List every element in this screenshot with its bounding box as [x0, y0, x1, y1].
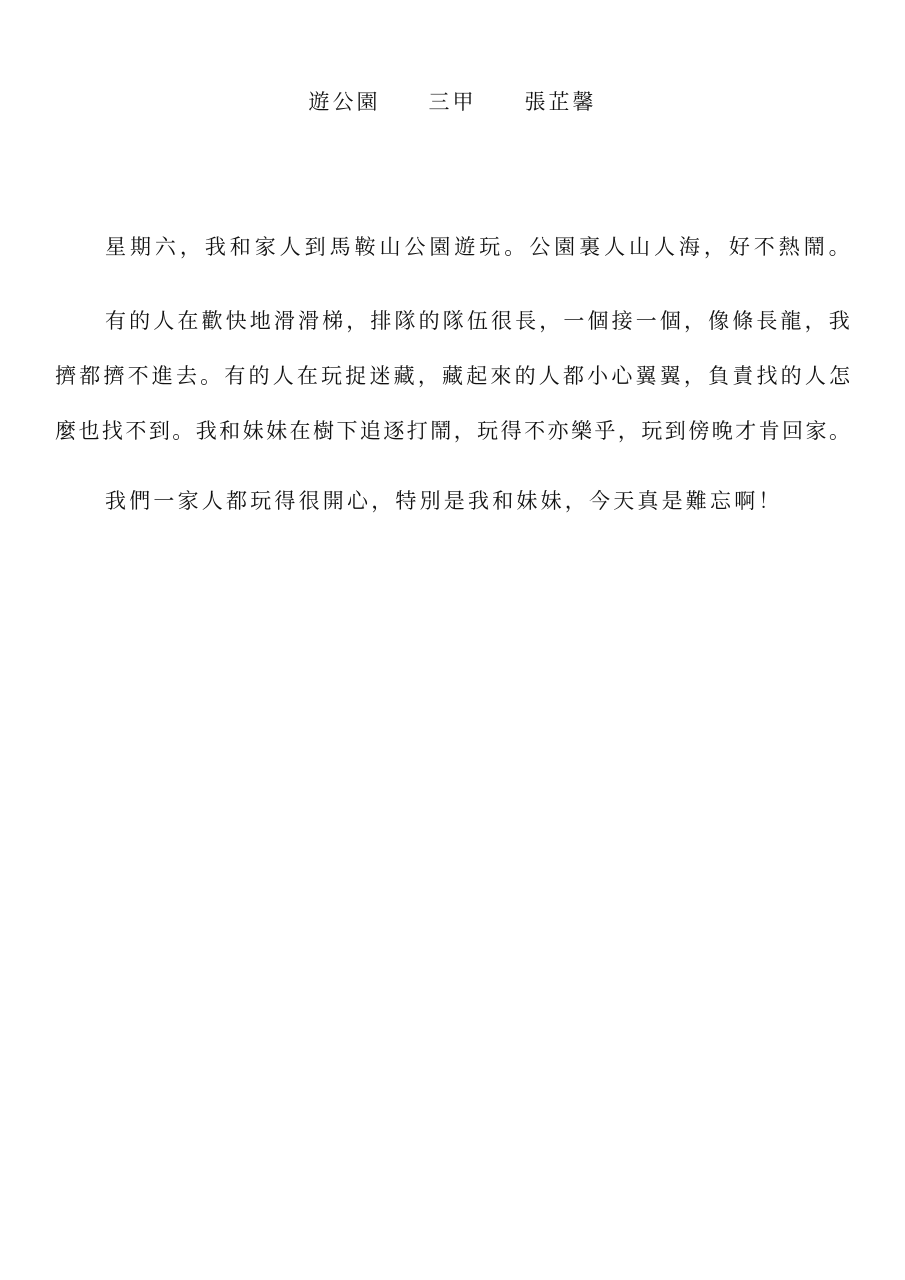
text-glyph: 都 [563, 361, 584, 391]
text-glyph: 滑 [298, 306, 319, 336]
text-glyph: 馬 [330, 232, 351, 262]
text-glyph: 人 [604, 232, 625, 262]
text-glyph: 家 [255, 232, 276, 262]
text-glyph: 我 [196, 416, 217, 446]
text-glyph: 人 [153, 306, 174, 336]
text-glyph: 山 [379, 232, 400, 262]
text-glyph: ， [684, 361, 705, 391]
text-glyph: 的 [249, 361, 270, 391]
text-glyph: 期 [130, 232, 151, 262]
text-glyph: 亦 [548, 416, 569, 446]
essay-title-line: 遊公園 三甲 張芷馨 [0, 86, 905, 116]
text-glyph: 玩 [479, 232, 500, 262]
text-glyph: 我 [829, 306, 850, 336]
paragraph-1-line-1: 星期六，我和家人到馬鞍山公園遊玩。公園裏人山人海，好不熱鬧。 [105, 232, 850, 262]
text-glyph: 小 [587, 361, 608, 391]
text-glyph: 和 [219, 416, 240, 446]
text-glyph: ， [618, 416, 639, 446]
text-glyph: 。 [504, 232, 525, 262]
text-glyph: 我 [205, 232, 226, 262]
text-glyph: 進 [152, 361, 173, 391]
text-glyph: 人 [805, 361, 826, 391]
text-glyph: 負 [708, 361, 729, 391]
text-glyph: 晚 [712, 416, 733, 446]
text-glyph: 有 [105, 306, 126, 336]
text-glyph: 麼 [55, 416, 76, 446]
text-glyph: 很 [491, 306, 512, 336]
text-glyph: 擠 [103, 361, 124, 391]
paragraph-2-line-2: 擠都擠不進去。有的人在玩捉迷藏，藏起來的人都小心翼翼，負責找的人怎 [55, 361, 850, 391]
text-glyph: 藏 [394, 361, 415, 391]
text-glyph: 翼 [660, 361, 681, 391]
text-glyph: 和 [230, 232, 251, 262]
text-glyph: 伍 [467, 306, 488, 336]
text-glyph: 六 [155, 232, 176, 262]
text-glyph: 歡 [202, 306, 223, 336]
text-glyph: 回 [782, 416, 803, 446]
text-glyph: 個 [660, 306, 681, 336]
text-glyph: ， [704, 232, 725, 262]
text-glyph: 樂 [571, 416, 592, 446]
text-glyph: 玩 [477, 416, 498, 446]
text-glyph: 排 [370, 306, 391, 336]
text-glyph: ， [684, 306, 705, 336]
text-glyph: ， [418, 361, 439, 391]
text-glyph: 妹 [266, 416, 287, 446]
document-page: 遊公園 三甲 張芷馨 星期六，我和家人到馬鞍山公園遊玩。公園裏人山人海，好不熱鬧… [0, 0, 905, 1280]
text-glyph: 滑 [274, 306, 295, 336]
text-glyph: 都 [79, 361, 100, 391]
text-glyph: 海 [679, 232, 700, 262]
text-glyph: 來 [490, 361, 511, 391]
text-glyph: 翼 [636, 361, 657, 391]
text-glyph: ， [180, 232, 201, 262]
essay-title: 遊公園 [309, 86, 381, 116]
student-name: 張芷馨 [525, 86, 597, 116]
text-glyph: 肯 [759, 416, 780, 446]
text-glyph: 藏 [442, 361, 463, 391]
text-glyph: 人 [280, 232, 301, 262]
text-glyph: 像 [708, 306, 729, 336]
text-glyph: 好 [729, 232, 750, 262]
text-glyph: 去 [176, 361, 197, 391]
text-glyph: 公 [529, 232, 550, 262]
text-glyph: 不 [125, 416, 146, 446]
text-glyph: 逐 [383, 416, 404, 446]
text-glyph: 園 [429, 232, 450, 262]
text-glyph: 打 [407, 416, 428, 446]
text-glyph: 在 [177, 306, 198, 336]
text-glyph: 也 [78, 416, 99, 446]
text-glyph: 星 [105, 232, 126, 262]
text-glyph: 人 [273, 361, 294, 391]
text-glyph: 。 [829, 232, 850, 262]
text-glyph: 一 [563, 306, 584, 336]
text-glyph: 得 [501, 416, 522, 446]
text-glyph: 責 [732, 361, 753, 391]
text-glyph: 快 [226, 306, 247, 336]
text-glyph: 到 [149, 416, 170, 446]
text-glyph: 怎 [829, 361, 850, 391]
text-glyph: 鬧 [430, 416, 451, 446]
text-glyph: 找 [102, 416, 123, 446]
text-glyph: 山 [629, 232, 650, 262]
text-glyph: 。 [200, 361, 221, 391]
text-glyph: 在 [290, 416, 311, 446]
text-glyph: 在 [297, 361, 318, 391]
text-glyph: 裏 [579, 232, 600, 262]
text-glyph: 心 [611, 361, 632, 391]
text-glyph: 園 [554, 232, 575, 262]
text-glyph: 人 [539, 361, 560, 391]
text-glyph: 起 [466, 361, 487, 391]
text-glyph: 隊 [395, 306, 416, 336]
text-glyph: 條 [732, 306, 753, 336]
text-glyph: 不 [754, 232, 775, 262]
text-glyph: 遊 [454, 232, 475, 262]
text-glyph: 的 [419, 306, 440, 336]
text-glyph: 迷 [369, 361, 390, 391]
text-glyph: 玩 [641, 416, 662, 446]
text-glyph: 捉 [345, 361, 366, 391]
text-glyph: 一 [636, 306, 657, 336]
text-glyph: 乎 [594, 416, 615, 446]
text-glyph: 有 [224, 361, 245, 391]
paragraph-3-line-1: 我們一家人都玩得很開心，特別是我和妹妹，今天真是難忘啊！ [105, 486, 850, 516]
text-glyph: 的 [781, 361, 802, 391]
text-glyph: 到 [305, 232, 326, 262]
text-glyph: 的 [515, 361, 536, 391]
text-glyph: 不 [524, 416, 545, 446]
text-glyph: 擠 [55, 361, 76, 391]
text-glyph: 玩 [321, 361, 342, 391]
text-glyph: 不 [128, 361, 149, 391]
text-glyph: 找 [756, 361, 777, 391]
text-glyph: 熱 [779, 232, 800, 262]
text-glyph: 長 [515, 306, 536, 336]
text-glyph: 追 [360, 416, 381, 446]
text-glyph: 樹 [313, 416, 334, 446]
text-glyph: 才 [735, 416, 756, 446]
text-glyph: 到 [665, 416, 686, 446]
text-glyph: 下 [336, 416, 357, 446]
text-glyph: 梯 [322, 306, 343, 336]
text-glyph: ， [805, 306, 826, 336]
text-glyph: ， [346, 306, 367, 336]
student-class: 三甲 [429, 86, 477, 116]
text-glyph: 接 [612, 306, 633, 336]
text-glyph: 妹 [243, 416, 264, 446]
text-glyph: 。 [172, 416, 193, 446]
text-glyph: 公 [404, 232, 425, 262]
text-glyph: 地 [250, 306, 271, 336]
text-glyph: 隊 [443, 306, 464, 336]
text-glyph: 傍 [688, 416, 709, 446]
text-glyph: 鬧 [804, 232, 825, 262]
text-glyph: ， [539, 306, 560, 336]
paragraph-2-line-1: 有的人在歡快地滑滑梯，排隊的隊伍很長，一個接一個，像條長龍，我 [105, 306, 850, 336]
text-glyph: 長 [756, 306, 777, 336]
text-glyph: 龍 [781, 306, 802, 336]
paragraph-2-line-3: 麼也找不到。我和妹妹在樹下追逐打鬧，玩得不亦樂乎，玩到傍晚才肯回家。 [55, 416, 850, 446]
text-glyph: 個 [588, 306, 609, 336]
text-glyph: 。 [829, 416, 850, 446]
text-glyph: 家 [806, 416, 827, 446]
text-glyph: 的 [129, 306, 150, 336]
text-glyph: ， [454, 416, 475, 446]
text-glyph: 鞍 [355, 232, 376, 262]
text-glyph: 人 [654, 232, 675, 262]
